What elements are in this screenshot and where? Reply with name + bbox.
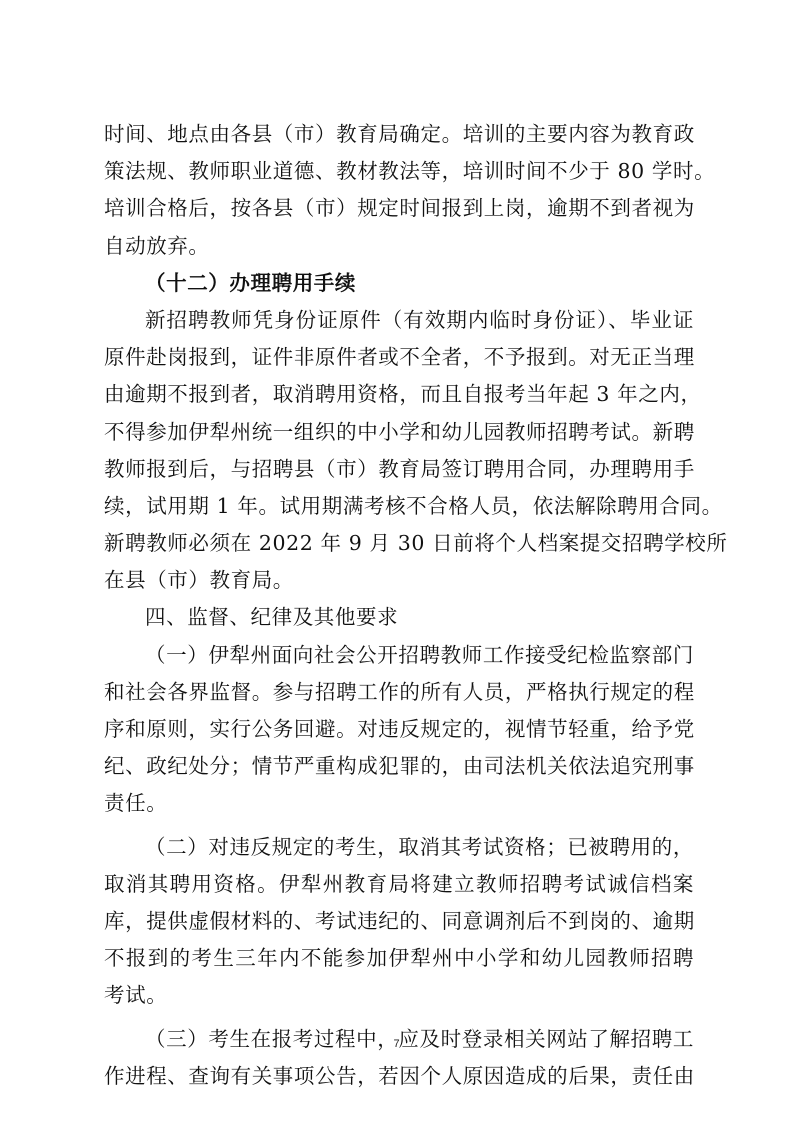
paragraph-hiring-procedures: 新招聘教师凭身份证原件（有效期内临时身份证）、毕业证 原件赴岗报到，证件非原件者…: [104, 302, 694, 600]
paragraph-training-continued: 时间、地点由各县（市）教育局确定。培训的主要内容为教育政 策法规、教师职业道德、…: [104, 116, 694, 265]
text-line: 新聘教师必须在 2022 年 9 月 30 日前将个人档案提交招聘学校所: [104, 525, 694, 562]
text-line: 教师报到后，与招聘县（市）教育局签订聘用合同，办理聘用手: [104, 451, 694, 488]
text-line: 自动放弃。: [104, 228, 694, 265]
text-line: （二）对违反规定的考生，取消其考试资格；已被聘用的，: [104, 829, 694, 866]
text-line: 在县（市）教育局。: [104, 562, 694, 599]
text-line: 由逾期不报到者，取消聘用资格，而且自报考当年起 3 年之内，: [104, 376, 694, 413]
text-line: 时间、地点由各县（市）教育局确定。培训的主要内容为教育政: [104, 116, 694, 153]
section-heading-4: 四、监督、纪律及其他要求: [104, 599, 694, 636]
text-line: 策法规、教师职业道德、教材教法等，培训时间不少于 80 学时。: [104, 153, 694, 190]
text-line: 取消其聘用资格。伊犁州教育局将建立教师招聘考试诚信档案: [104, 866, 694, 903]
text-line: 新招聘教师凭身份证原件（有效期内临时身份证）、毕业证: [104, 302, 694, 339]
text-line: （一）伊犁州面向社会公开招聘教师工作接受纪检监察部门: [104, 637, 694, 674]
text-line: 库，提供虚假材料的、考试违纪的、同意调剂后不到岗的、逾期: [104, 903, 694, 940]
text-line: 纪、政纪处分；情节严重构成犯罪的，由司法机关依法追究刑事: [104, 748, 694, 785]
paragraph-supervision-2: （二）对违反规定的考生，取消其考试资格；已被聘用的， 取消其聘用资格。伊犁州教育…: [104, 829, 694, 1015]
paragraph-supervision-3: （三）考生在报考过程中，应及时登录相关网站了解招聘工 作进程、查询有关事项公告，…: [104, 1021, 694, 1095]
text-line: 培训合格后，按各县（市）规定时间报到上岗，逾期不到者视为: [104, 190, 694, 227]
section-heading-12: （十二）办理聘用手续: [104, 265, 694, 302]
document-page: 时间、地点由各县（市）教育局确定。培训的主要内容为教育政 策法规、教师职业道德、…: [104, 116, 694, 1095]
text-line: 不得参加伊犁州统一组织的中小学和幼儿园教师招聘考试。新聘: [104, 414, 694, 451]
paragraph-supervision-1: （一）伊犁州面向社会公开招聘教师工作接受纪检监察部门 和社会各界监督。参与招聘工…: [104, 637, 694, 823]
text-line: 考试。: [104, 977, 694, 1014]
text-line: 作进程、查询有关事项公告，若因个人原因造成的后果，责任由: [104, 1058, 694, 1095]
text-line: 责任。: [104, 785, 694, 822]
text-line: 不报到的考生三年内不能参加伊犁州中小学和幼儿园教师招聘: [104, 940, 694, 977]
text-line: 序和原则，实行公务回避。对违反规定的，视情节轻重，给予党: [104, 711, 694, 748]
text-line: 和社会各界监督。参与招聘工作的所有人员，严格执行规定的程: [104, 674, 694, 711]
text-line: 原件赴岗报到，证件非原件者或不全者，不予报到。对无正当理: [104, 339, 694, 376]
page-number: 7: [0, 1038, 793, 1050]
text-line: 续，试用期 1 年。试用期满考核不合格人员，依法解除聘用合同。: [104, 488, 694, 525]
